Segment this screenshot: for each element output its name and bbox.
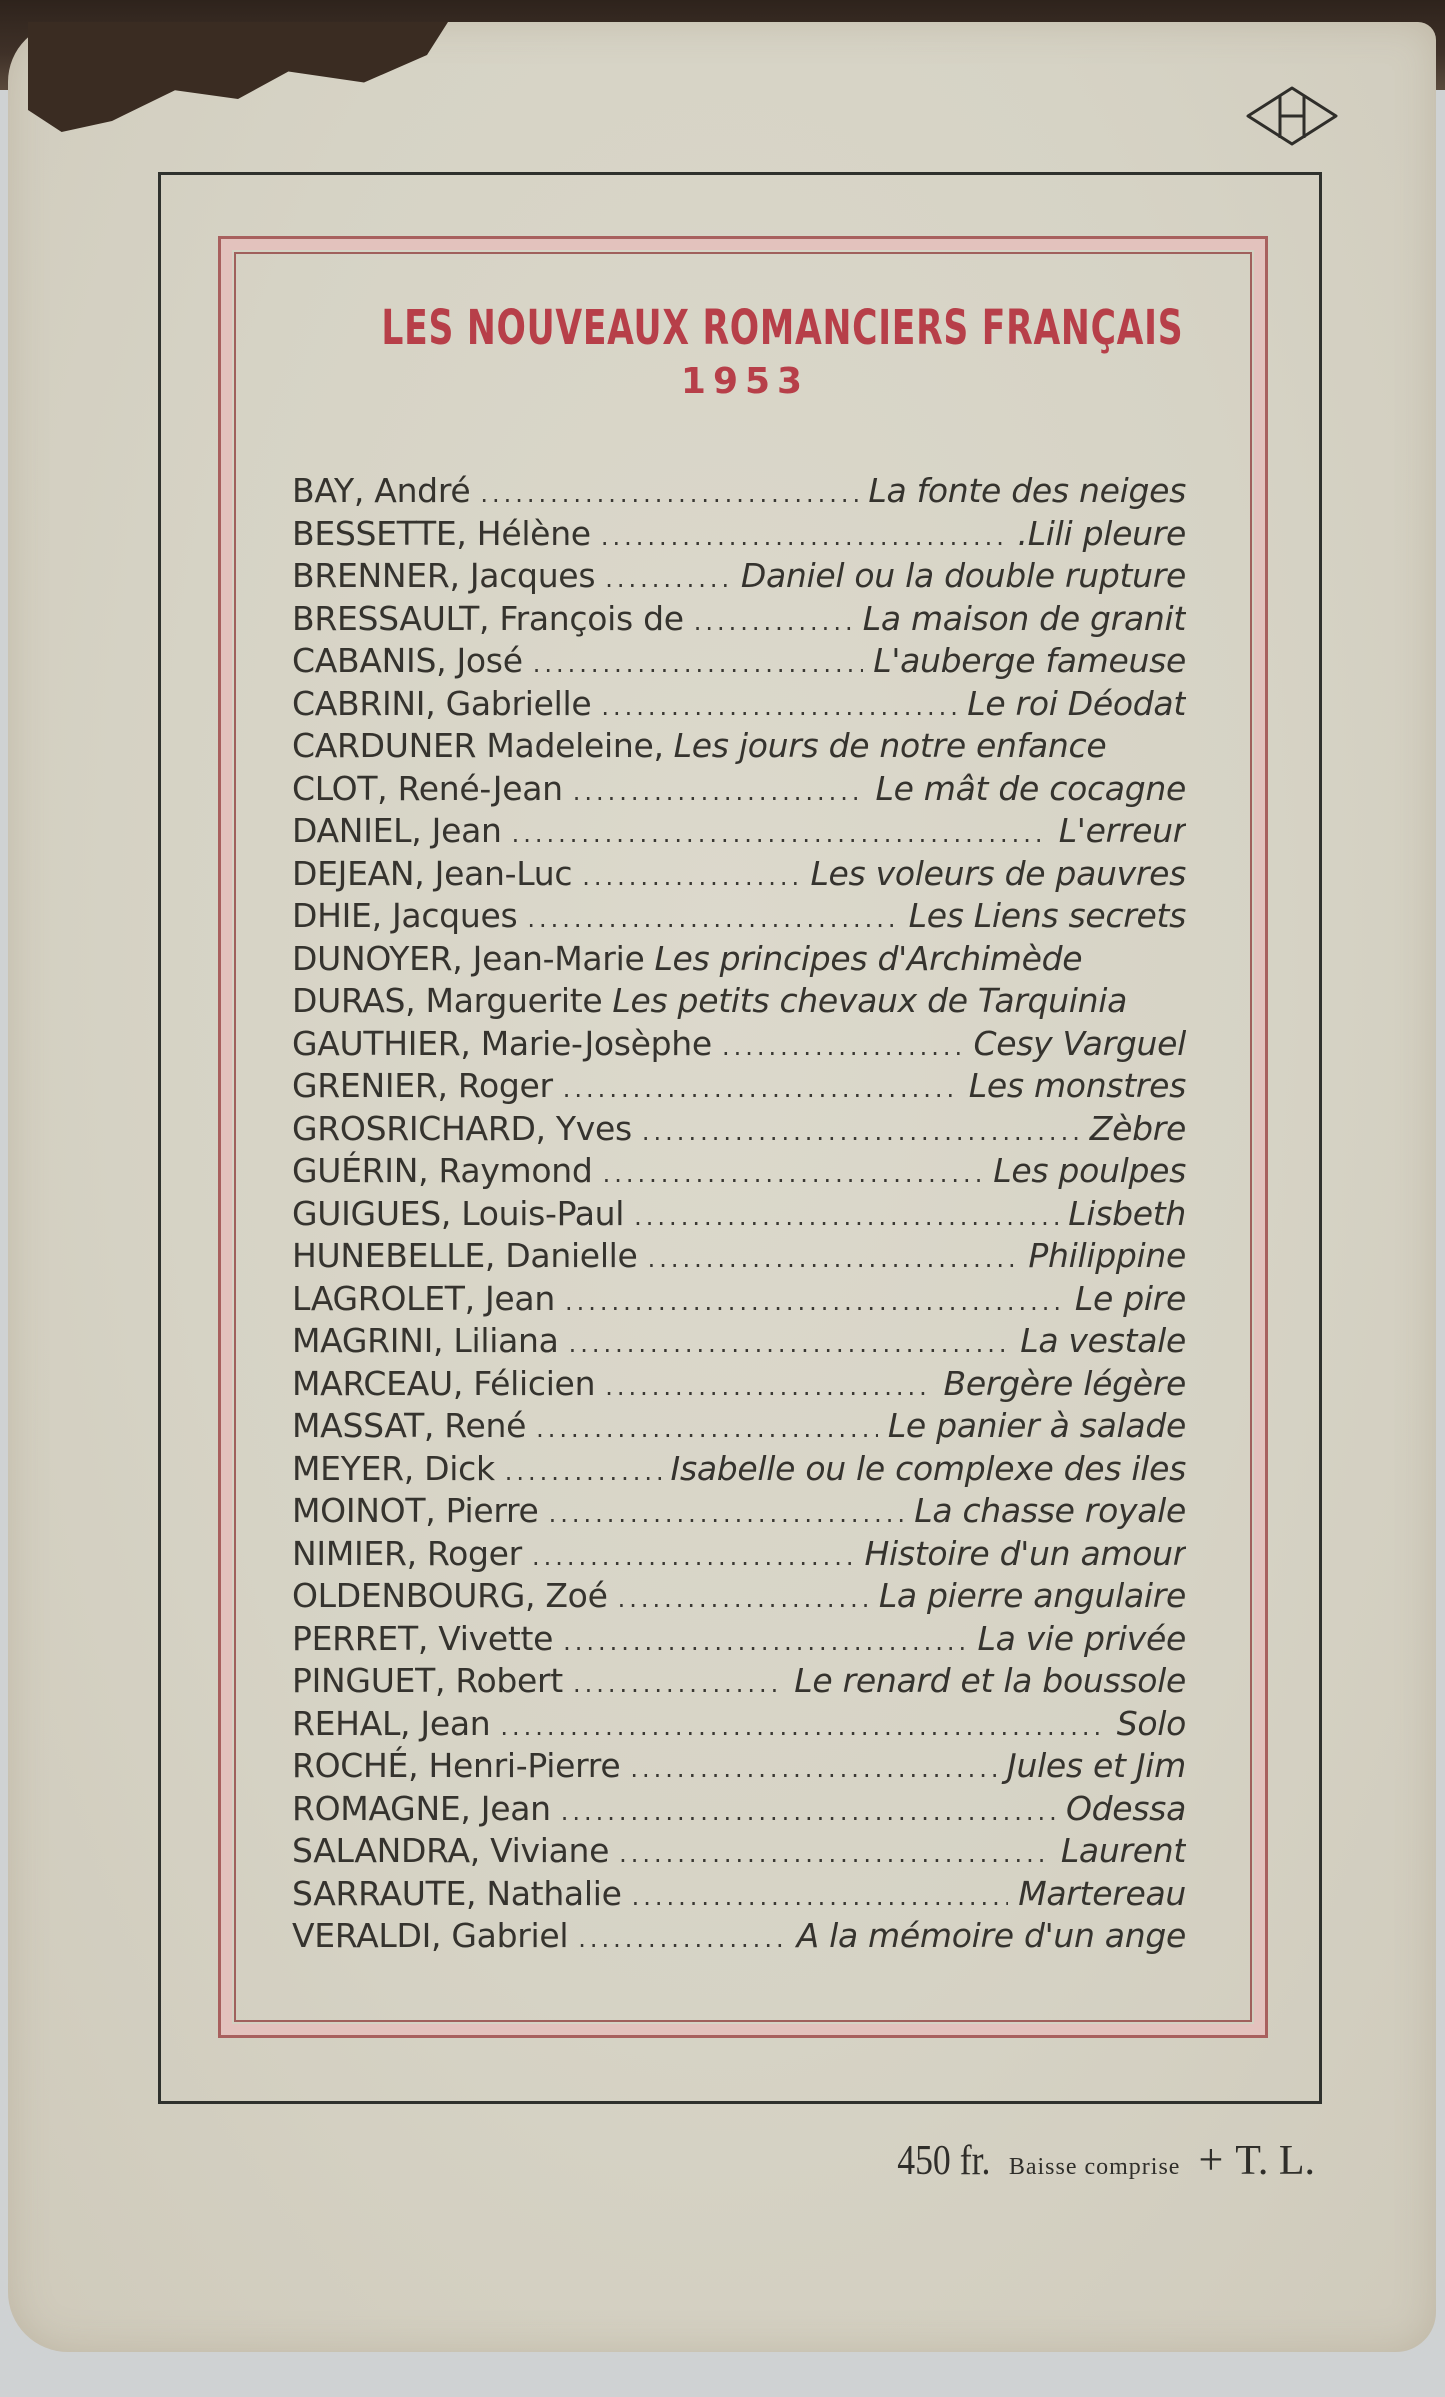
dot-leader [480, 473, 858, 513]
author-name: MARCEAU, Félicien [292, 1363, 595, 1406]
dot-leader [565, 1281, 1065, 1321]
list-item: BESSETTE, Hélène.Lili pleure [292, 513, 1186, 556]
author-name: PINGUET, Robert [292, 1660, 563, 1703]
book-title: Philippine [1028, 1235, 1186, 1278]
author-name: HUNEBELLE, Danielle [292, 1235, 638, 1278]
dot-leader [578, 1918, 786, 1958]
book-title: Les principes d'Archimède [654, 938, 1082, 981]
author-name: DEJEAN, Jean-Luc [292, 853, 572, 896]
dot-leader [505, 1451, 661, 1491]
dot-leader [569, 1323, 1011, 1363]
author-name: ROCHÉ, Henri-Pierre [292, 1745, 620, 1788]
author-name: CABRINI, Gabrielle [292, 683, 591, 726]
dot-leader [722, 1026, 964, 1066]
book-title: Le panier à salade [888, 1405, 1186, 1448]
author-name: DUNOYER, Jean-Marie [292, 938, 644, 981]
book-title: Odessa [1066, 1788, 1186, 1831]
book-title: La pierre angulaire [879, 1575, 1186, 1618]
price-plus: + [1198, 2135, 1223, 2184]
book-title: La fonte des neiges [868, 470, 1186, 513]
author-name: VERALDI, Gabriel [292, 1915, 568, 1958]
author-name: GROSRICHARD, Yves [292, 1108, 632, 1151]
dot-leader [634, 1196, 1058, 1236]
list-item: GROSRICHARD, YvesZèbre [292, 1108, 1186, 1151]
author-name: DURAS, Marguerite [292, 980, 602, 1023]
list-item: DEJEAN, Jean-LucLes voleurs de pauvres [292, 853, 1186, 896]
author-name: GUÉRIN, Raymond [292, 1150, 593, 1193]
book-title: Le roi Déodat [967, 683, 1186, 726]
dot-leader [642, 1111, 1080, 1151]
dot-leader [619, 1833, 1051, 1873]
list-item: SARRAUTE, NathalieMartereau [292, 1873, 1186, 1916]
list-item: ROMAGNE, JeanOdessa [292, 1788, 1186, 1831]
book-title: Les jours de notre enfance [674, 725, 1107, 768]
list-item: CABRINI, GabrielleLe roi Déodat [292, 683, 1186, 726]
list-item: CARDUNER Madeleine,Les jours de notre en… [292, 725, 1186, 768]
book-title: Les Liens secrets [909, 895, 1186, 938]
author-name: NIMIER, Roger [292, 1533, 522, 1576]
list-item: DANIEL, JeanL'erreur [292, 810, 1186, 853]
book-title: Les monstres [969, 1065, 1186, 1108]
book-title: Solo [1117, 1703, 1186, 1746]
list-item: BRENNER, JacquesDaniel ou la double rupt… [292, 555, 1186, 598]
list-item: LAGROLET, JeanLe pire [292, 1278, 1186, 1321]
list-item: MOINOT, PierreLa chasse royale [292, 1490, 1186, 1533]
author-name: PERRET, Vivette [292, 1618, 553, 1661]
dot-leader [500, 1706, 1106, 1746]
dot-leader [536, 1408, 878, 1448]
list-item: VERALDI, GabrielA la mémoire d'un ange [292, 1915, 1186, 1958]
book-title: La chasse royale [914, 1490, 1186, 1533]
dot-leader [561, 1791, 1056, 1831]
author-name: CABANIS, José [292, 640, 523, 683]
book-title: Le renard et la boussole [794, 1660, 1186, 1703]
author-name: BESSETTE, Hélène [292, 513, 591, 556]
list-item: MARCEAU, FélicienBergère légère [292, 1363, 1186, 1406]
torn-corner [28, 22, 448, 132]
dot-leader [527, 898, 898, 938]
list-item: BAY, AndréLa fonte des neiges [292, 470, 1186, 513]
list-item: BRESSAULT, François deLa maison de grani… [292, 598, 1186, 641]
price-line: 450 fr. Baisse comprise + T. L. [755, 2134, 1315, 2185]
author-name: REHAL, Jean [292, 1703, 490, 1746]
collection-year: 1953 [240, 360, 1250, 404]
book-list: BAY, AndréLa fonte des neigesBESSETTE, H… [292, 470, 1186, 1958]
list-item: DUNOYER, Jean-MarieLes principes d'Archi… [292, 938, 1186, 981]
dot-leader [563, 1068, 959, 1108]
publisher-logo-icon [1244, 84, 1340, 148]
dot-leader [632, 1876, 1009, 1916]
dot-leader [563, 1621, 967, 1661]
price-amount: 450 fr. [897, 2137, 990, 2185]
dot-leader [532, 1536, 855, 1576]
author-name: GAUTHIER, Marie-Josèphe [292, 1023, 712, 1066]
dot-leader [601, 686, 957, 726]
list-item: DURAS, MargueriteLes petits chevaux de T… [292, 980, 1186, 1023]
list-item: PERRET, VivetteLa vie privée [292, 1618, 1186, 1661]
dot-leader [573, 1663, 784, 1703]
list-item: DHIE, JacquesLes Liens secrets [292, 895, 1186, 938]
author-name: GUIGUES, Louis-Paul [292, 1193, 624, 1236]
author-name: MOINOT, Pierre [292, 1490, 539, 1533]
price-note: Baisse comprise [1009, 2154, 1181, 2180]
list-item: GRENIER, RogerLes monstres [292, 1065, 1186, 1108]
author-name: MEYER, Dick [292, 1448, 495, 1491]
dot-leader [694, 601, 853, 641]
collection-title: LES NOUVEAUX ROMANCIERS FRANÇAIS [381, 300, 1108, 356]
dot-leader [630, 1748, 997, 1788]
dot-leader [512, 813, 1049, 853]
dot-leader [618, 1578, 869, 1618]
author-name: BRENNER, Jacques [292, 555, 595, 598]
list-item: MEYER, DickIsabelle ou le complexe des i… [292, 1448, 1186, 1491]
author-name: MASSAT, René [292, 1405, 526, 1448]
book-title: Cesy Varguel [973, 1023, 1186, 1066]
book-title: .Lili pleure [1018, 513, 1186, 556]
list-item: NIMIER, RogerHistoire d'un amour [292, 1533, 1186, 1576]
book-title: La vie privée [977, 1618, 1186, 1661]
list-item: HUNEBELLE, DaniellePhilippine [292, 1235, 1186, 1278]
author-name: SALANDRA, Viviane [292, 1830, 609, 1873]
dot-leader [582, 856, 800, 896]
author-name: OLDENBOURG, Zoé [292, 1575, 608, 1618]
dot-leader [605, 1366, 933, 1406]
author-name: BAY, André [292, 470, 470, 513]
author-name: DANIEL, Jean [292, 810, 502, 853]
author-name: SARRAUTE, Nathalie [292, 1873, 622, 1916]
book-title: Le pire [1075, 1278, 1186, 1321]
dot-leader [605, 558, 731, 598]
book-title: Bergère légère [943, 1363, 1186, 1406]
dot-leader [549, 1493, 905, 1533]
dot-leader [533, 643, 864, 683]
list-item: GUIGUES, Louis-PaulLisbeth [292, 1193, 1186, 1236]
list-item: ROCHÉ, Henri-PierreJules et Jim [292, 1745, 1186, 1788]
book-title: Zèbre [1090, 1108, 1186, 1151]
book-title: Les petits chevaux de Tarquinia [612, 980, 1127, 1023]
book-title: Les voleurs de pauvres [810, 853, 1186, 896]
dot-leader [603, 1153, 984, 1193]
book-title: La maison de granit [863, 598, 1186, 641]
list-item: GUÉRIN, RaymondLes poulpes [292, 1150, 1186, 1193]
book-title: Le mât de cocagne [876, 768, 1186, 811]
book-title: Lisbeth [1068, 1193, 1186, 1236]
dot-leader [573, 771, 866, 811]
author-name: CLOT, René-Jean [292, 768, 563, 811]
book-title: A la mémoire d'un ange [797, 1915, 1186, 1958]
list-item: OLDENBOURG, ZoéLa pierre angulaire [292, 1575, 1186, 1618]
author-name: BRESSAULT, François de [292, 598, 684, 641]
book-title: Daniel ou la double rupture [741, 555, 1186, 598]
book-title: L'erreur [1059, 810, 1186, 853]
author-name: MAGRINI, Liliana [292, 1320, 559, 1363]
dot-leader [601, 516, 1008, 556]
dot-leader [648, 1238, 1019, 1278]
book-title: Isabelle ou le complexe des iles [671, 1448, 1186, 1491]
book-title: La vestale [1020, 1320, 1186, 1363]
author-name: CARDUNER Madeleine, [292, 725, 664, 768]
book-title: Les poulpes [993, 1150, 1186, 1193]
list-item: PINGUET, RobertLe renard et la boussole [292, 1660, 1186, 1703]
price-tax: T. L. [1235, 2138, 1315, 2184]
book-title: Jules et Jim [1007, 1745, 1186, 1788]
list-item: CABANIS, JoséL'auberge fameuse [292, 640, 1186, 683]
author-name: DHIE, Jacques [292, 895, 517, 938]
list-item: CLOT, René-JeanLe mât de cocagne [292, 768, 1186, 811]
author-name: ROMAGNE, Jean [292, 1788, 551, 1831]
book-title: L'auberge fameuse [873, 640, 1186, 683]
author-name: LAGROLET, Jean [292, 1278, 555, 1321]
list-item: MASSAT, RenéLe panier à salade [292, 1405, 1186, 1448]
list-item: MAGRINI, LilianaLa vestale [292, 1320, 1186, 1363]
list-item: SALANDRA, VivianeLaurent [292, 1830, 1186, 1873]
book-title: Histoire d'un amour [864, 1533, 1186, 1576]
author-name: GRENIER, Roger [292, 1065, 553, 1108]
book-title: Laurent [1061, 1830, 1186, 1873]
list-item: GAUTHIER, Marie-JosèpheCesy Varguel [292, 1023, 1186, 1066]
book-title: Martereau [1018, 1873, 1186, 1916]
list-item: REHAL, JeanSolo [292, 1703, 1186, 1746]
